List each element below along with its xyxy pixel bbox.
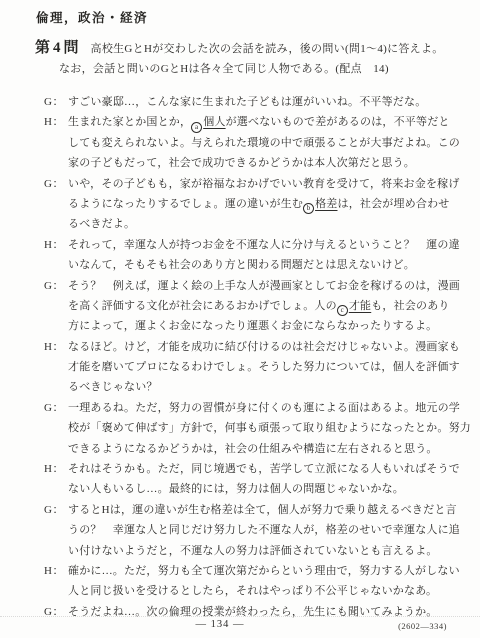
- utterance-line: するとHは，運の違いが生む格差は全て，個人が努力で乗り越えるべきだと言: [68, 500, 446, 520]
- utterance-line: 方によって，運よくお金になったり運悪くお金にならなかったりするよ。: [68, 316, 446, 336]
- speaker-label: H：: [44, 459, 68, 500]
- utterance-line: なるほど。けど，才能を成功に結び付けるのは社会だけじゃないよ。漫画家も: [68, 337, 446, 357]
- utterance-line: 人と同じ扱いを受けるとしたら，それはやっぱり不公平じゃないかなあ。: [68, 581, 446, 601]
- utterance-line: い付けないようだと，不運な人の努力は評価されていないとも言えるよ。: [68, 541, 446, 561]
- dialogue-turn: G：するとHは，運の違いが生む格差は全て，個人が努力で乗り越えるべきだと言うの？…: [44, 500, 446, 561]
- utterance-text: いなんて，そもそも社会のあり方と関わる問題だとは思えないけど。: [68, 259, 415, 271]
- utterance-line: そう？ 例えば，運よく絵の上手な人が漫画家としてお金を稼げるのは，漫画: [68, 276, 446, 296]
- utterance-text: も，社会のあり: [371, 300, 449, 312]
- utterance-text: いや，その子どもも，家が裕福なおかげでいい教育を受けて，将来お金を稼げ: [68, 178, 460, 190]
- utterance-line: それって，幸運な人が持つお金を不運な人に分け与えるということ？ 運の違: [68, 235, 446, 255]
- utterance: それはそうかも。ただ，同じ境遇でも，苦学して立派になる人もいればそうでない人もい…: [68, 459, 446, 500]
- utterance-text: ない人もいるし…。最終的には，努力は個人の問題じゃないかな。: [68, 483, 404, 495]
- utterance: 一理あるね。ただ，努力の習慣が身に付くのも運による面はあるよ。地元の学校が「褒め…: [68, 398, 446, 459]
- utterance: そう？ 例えば，運よく絵の上手な人が漫画家としてお金を稼げるのは，漫画を高く評価…: [68, 276, 446, 337]
- utterance-line: 一理あるね。ただ，努力の習慣が身に付くのも運による面はあるよ。地元の学: [68, 398, 446, 418]
- utterance-line: を高く評価する文化が社会にあるおかげでしょ。人のc才能も，社会のあり: [68, 296, 446, 316]
- dialogue-turn: G：いや，その子どもも，家が裕福なおかげでいい教育を受けて，将来お金を稼げるよう…: [44, 174, 446, 235]
- utterance-text: 家の子どもだって，社会で成功できるかどうかは本人次第だと思う。: [68, 157, 415, 169]
- speaker-label: G：: [44, 398, 68, 459]
- dialogue-turn: H：なるほど。けど，才能を成功に結び付けるのは社会だけじゃないよ。漫画家も才能を…: [44, 337, 446, 398]
- utterance: するとHは，運の違いが生む格差は全て，個人が努力で乗り越えるべきだと言うの？ 幸…: [68, 500, 446, 561]
- speaker-label: G：: [44, 276, 68, 337]
- underlined-term: 才能: [349, 300, 371, 312]
- utterance-text: るようになったりするでしょ。運の違いが生む: [68, 198, 303, 210]
- utterance: すごい豪邸…，こんな家に生まれた子どもは運がいいね。不平等だな。: [68, 92, 446, 112]
- speaker-label: G：: [44, 500, 68, 561]
- utterance: いや，その子どもも，家が裕福なおかげでいい教育を受けて，将来お金を稼げるようにな…: [68, 174, 446, 235]
- question-header: 第4問高校生GとHが交わした次の会話を読み，後の問い(問1～4)に答えよ。: [35, 36, 455, 57]
- utterance-text: するとHは，運の違いが生む格差は全て，個人が努力で乗り越えるべきだと言: [68, 504, 457, 516]
- utterance-text: は，社会が埋め合わせ: [338, 198, 450, 210]
- circled-letter-c: c: [337, 305, 348, 316]
- underlined-term: 格差: [315, 198, 337, 210]
- utterance: それって，幸運な人が持つお金を不運な人に分け与えるということ？ 運の違いなんて，…: [68, 235, 446, 276]
- utterance-text: それはそうかも。ただ，同じ境遇でも，苦学して立派になる人もいればそうで: [68, 463, 460, 475]
- page-footer: — 134 — (2602—334): [0, 617, 480, 637]
- utterance-line: 確かに…。ただ，努力も全て運次第だからという理由で，努力する人がしない: [68, 561, 446, 581]
- utterance-text: 校が「褒めて伸ばす」方針で，何事も頑張って取り組むようになったとか。努力: [68, 422, 471, 434]
- utterance-line: るべきじゃない？: [68, 377, 446, 397]
- question-intro: 高校生GとHが交わした次の会話を読み，後の問い(問1～4)に答えよ。: [91, 43, 444, 55]
- subject-header: 倫理，政治・経済: [36, 8, 148, 26]
- utterance-text: るべきじゃない？: [68, 381, 158, 393]
- utterance-text: しても変えられないよ。与えられた環境の中で頑張ることが大事だよね。この: [68, 137, 460, 149]
- exam-page: 倫理，政治・経済 第4問高校生GとHが交わした次の会話を読み，後の問い(問1～4…: [0, 0, 480, 638]
- dialogue-turn: G：すごい豪邸…，こんな家に生まれた子どもは運がいいね。不平等だな。: [44, 92, 446, 112]
- dialogue-turn: H：生まれた家とか国とか，a個人が選べないもので差があるのは，不平等だとしても変…: [44, 112, 446, 173]
- circled-letter-a: a: [191, 122, 202, 133]
- utterance: なるほど。けど，才能を成功に結び付けるのは社会だけじゃないよ。漫画家も才能を磨い…: [68, 337, 446, 398]
- speaker-label: H：: [44, 561, 68, 602]
- document-code: (2602—334): [398, 621, 447, 631]
- utterance-text: を高く評価する文化が社会にあるおかげでしょ。人の: [68, 300, 337, 312]
- question-note: なお，会話と問いのGとHは各々全て同じ人物である。(配点 14): [59, 60, 389, 76]
- utterance-line: いや，その子どもも，家が裕福なおかげでいい教育を受けて，将来お金を稼げ: [68, 174, 446, 194]
- circled-letter-b: b: [303, 203, 314, 214]
- utterance-line: 家の子どもだって，社会で成功できるかどうかは本人次第だと思う。: [68, 153, 446, 173]
- utterance-text: そう？ 例えば，運よく絵の上手な人が漫画家としてお金を稼げるのは，漫画: [68, 280, 460, 292]
- speaker-label: H：: [44, 337, 68, 398]
- utterance-text: 人と同じ扱いを受けるとしたら，それはやっぱり不公平じゃないかなあ。: [68, 585, 437, 597]
- utterance-line: 校が「褒めて伸ばす」方針で，何事も頑張って取り組むようになったとか。努力: [68, 418, 446, 438]
- utterance-text: 確かに…。ただ，努力も全て運次第だからという理由で，努力する人がしない: [68, 565, 460, 577]
- dialogue-turn: G：一理あるね。ただ，努力の習慣が身に付くのも運による面はあるよ。地元の学校が「…: [44, 398, 446, 459]
- utterance-line: すごい豪邸…，こんな家に生まれた子どもは運がいいね。不平等だな。: [68, 92, 446, 112]
- dialogue-list: G：すごい豪邸…，こんな家に生まれた子どもは運がいいね。不平等だな。H：生まれた…: [44, 92, 446, 622]
- utterance-text: できるようになるかどうかは，社会の仕組みや構造に左右されると思う。: [68, 443, 438, 455]
- utterance-text: 才能を磨いてプロになるわけでしょ。そうした努力については，個人を評価す: [68, 361, 460, 373]
- utterance-line: 才能を磨いてプロになるわけでしょ。そうした努力については，個人を評価す: [68, 357, 446, 377]
- utterance-text: すごい豪邸…，こんな家に生まれた子どもは運がいいね。不平等だな。: [68, 96, 426, 108]
- utterance: 確かに…。ただ，努力も全て運次第だからという理由で，努力する人がしない人と同じ扱…: [68, 561, 446, 602]
- utterance: 生まれた家とか国とか，a個人が選べないもので差があるのは，不平等だとしても変えら…: [68, 112, 446, 173]
- speaker-label: H：: [44, 235, 68, 276]
- speaker-label: G：: [44, 92, 68, 112]
- utterance-line: るべきだよ。: [68, 214, 446, 234]
- dialogue-turn: H：確かに…。ただ，努力も全て運次第だからという理由で，努力する人がしない人と同…: [44, 561, 446, 602]
- utterance-line: それはそうかも。ただ，同じ境遇でも，苦学して立派になる人もいればそうで: [68, 459, 446, 479]
- utterance-text: 方によって，運よくお金になったり運悪くお金にならなかったりするよ。: [68, 320, 437, 332]
- utterance-line: 生まれた家とか国とか，a個人が選べないもので差があるのは，不平等だと: [68, 112, 446, 132]
- utterance-text: 生まれた家とか国とか，: [68, 116, 191, 128]
- utterance-text: るべきだよ。: [68, 218, 135, 230]
- utterance-text: い付けないようだと，不運な人の努力は評価されていないとも言えるよ。: [68, 545, 438, 557]
- dialogue-turn: G：そう？ 例えば，運よく絵の上手な人が漫画家としてお金を稼げるのは，漫画を高く…: [44, 276, 446, 337]
- utterance-line: しても変えられないよ。与えられた環境の中で頑張ることが大事だよね。この: [68, 133, 446, 153]
- underlined-term: 個人: [203, 116, 225, 128]
- dialogue-turn: H：それって，幸運な人が持つお金を不運な人に分け与えるということ？ 運の違いなん…: [44, 235, 446, 276]
- utterance-line: うの？ 幸運な人と同じだけ努力した不運な人が，格差のせいで幸運な人に追: [68, 520, 446, 540]
- utterance-line: ない人もいるし…。最終的には，努力は個人の問題じゃないかな。: [68, 479, 446, 499]
- utterance-line: るようになったりするでしょ。運の違いが生むb格差は，社会が埋め合わせ: [68, 194, 446, 214]
- dialogue-turn: H：それはそうかも。ただ，同じ境遇でも，苦学して立派になる人もいればそうでない人…: [44, 459, 446, 500]
- utterance-text: なるほど。けど，才能を成功に結び付けるのは社会だけじゃないよ。漫画家も: [68, 341, 460, 353]
- utterance-line: いなんて，そもそも社会のあり方と関わる問題だとは思えないけど。: [68, 255, 446, 275]
- utterance-text: 一理あるね。ただ，努力の習慣が身に付くのも運による面はあるよ。地元の学: [68, 402, 460, 414]
- question-number: 第4問: [35, 40, 82, 56]
- speaker-label: H：: [44, 112, 68, 173]
- page-number: — 134 —: [0, 619, 440, 630]
- utterance-line: できるようになるかどうかは，社会の仕組みや構造に左右されると思う。: [68, 439, 446, 459]
- utterance-text: それって，幸運な人が持つお金を不運な人に分け与えるということ？ 運の違: [68, 239, 460, 251]
- speaker-label: G：: [44, 174, 68, 235]
- utterance-text: うの？ 幸運な人と同じだけ努力した不運な人が，格差のせいで幸運な人に追: [68, 524, 460, 536]
- utterance-text: が選べないもので差があるのは，不平等だと: [226, 116, 450, 128]
